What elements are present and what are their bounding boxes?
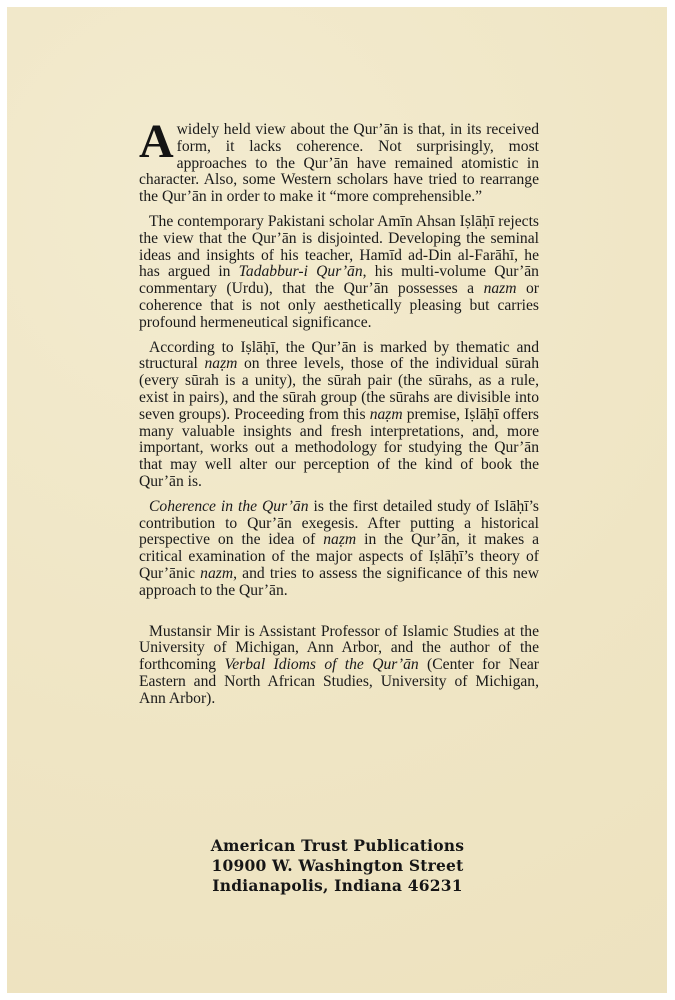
italic-text: naẓm: [370, 406, 403, 423]
blurb-paragraph-2: The contemporary Pakistani scholar Amīn …: [139, 214, 539, 332]
publisher-imprint: American Trust Publications 10900 W. Was…: [0, 836, 675, 896]
blurb-text: A widely held view about the Qur’ān is t…: [139, 122, 539, 716]
text-run: widely held view about the Qur’ān is tha…: [139, 121, 539, 205]
italic-text: naẓm: [323, 531, 356, 548]
bio-content: Mustansir Mir is Assistant Professor of …: [139, 623, 539, 707]
italic-text: Verbal Idioms of the Qur’ān: [224, 656, 418, 673]
blurb-paragraph-3: According to Iṣlāḥī, the Qur’ān is marke…: [139, 340, 539, 491]
italic-text: Coherence in the Qur’ān: [149, 498, 309, 515]
blurb-paragraph-1: A widely held view about the Qur’ān is t…: [139, 122, 539, 206]
italic-text: Tadabbur-i Qur’ān: [239, 263, 363, 280]
paragraph-content: According to Iṣlāḥī, the Qur’ān is marke…: [139, 339, 539, 490]
publisher-street: 10900 W. Washington Street: [0, 856, 675, 876]
paragraph-content: widely held view about the Qur’ān is tha…: [139, 121, 539, 205]
paragraph-content: The contemporary Pakistani scholar Amīn …: [139, 213, 539, 331]
italic-text: nazm: [484, 280, 517, 297]
paragraph-content: Coherence in the Qur’ān is the first det…: [139, 498, 539, 599]
author-bio: Mustansir Mir is Assistant Professor of …: [139, 624, 539, 708]
italic-text: nazm: [200, 565, 233, 582]
italic-text: naẓm: [204, 355, 237, 372]
blurb-paragraph-4: Coherence in the Qur’ān is the first det…: [139, 499, 539, 600]
publisher-name: American Trust Publications: [0, 836, 675, 856]
drop-cap: A: [139, 124, 174, 160]
publisher-city: Indianapolis, Indiana 46231: [0, 876, 675, 896]
